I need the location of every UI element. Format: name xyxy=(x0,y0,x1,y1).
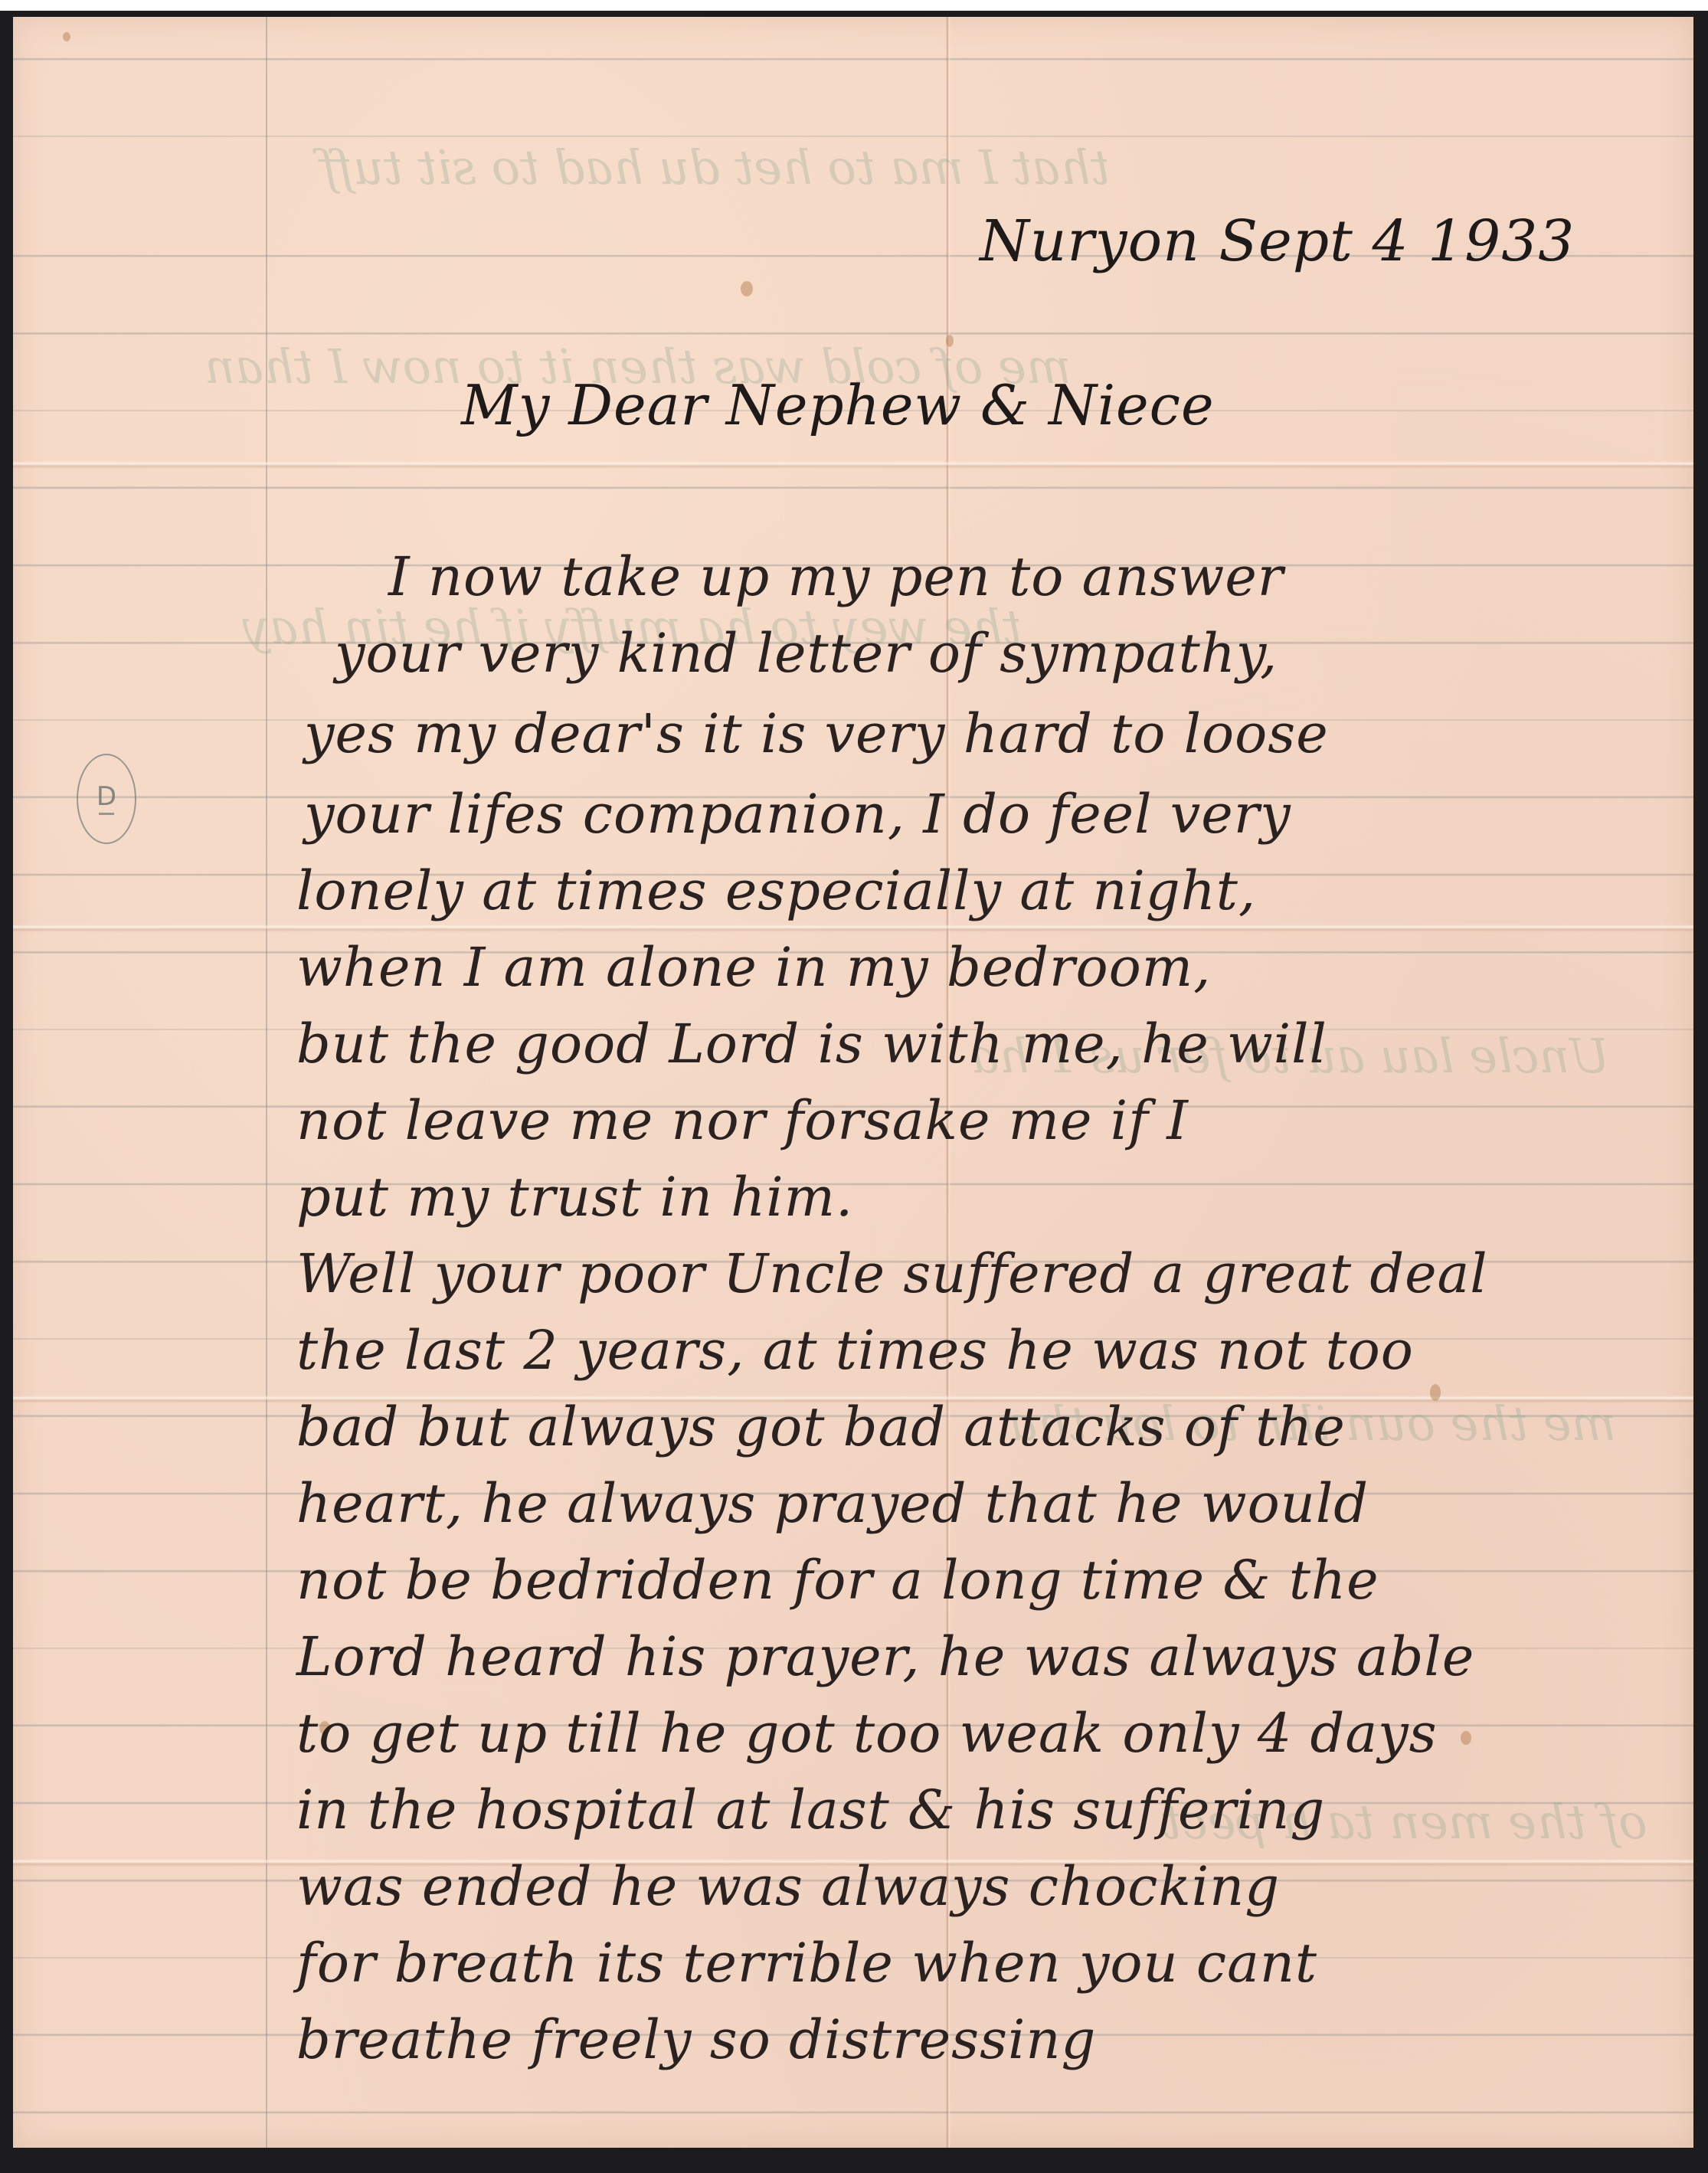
letter-line: yes my dear's it is very hard to loose xyxy=(304,702,1329,765)
letter-line: lonely at times especially at night, xyxy=(296,859,1256,922)
letter-line: your lifes companion, I do feel very xyxy=(304,783,1291,846)
letter-line: heart, he always prayed that he would xyxy=(296,1472,1369,1535)
margin-note-text: D xyxy=(97,784,116,810)
letter-line: Well your poor Uncle suffered a great de… xyxy=(296,1242,1488,1305)
letter-line: the last 2 years, at times he was not to… xyxy=(296,1319,1414,1382)
scan-top-edge xyxy=(0,0,1708,11)
horizontal-fold-crease xyxy=(13,925,1693,932)
letter-line: was ended he was always chocking xyxy=(296,1855,1280,1918)
letter-dateline: Nuryon Sept 4 1933 xyxy=(980,208,1575,274)
paper-stain xyxy=(741,281,753,296)
letter-salutation: My Dear Nephew & Niece xyxy=(461,373,1215,437)
letter-line: I now take up my pen to answer xyxy=(388,545,1284,608)
margin-rule xyxy=(266,17,267,2148)
letter-line: not leave me nor forsake me if I xyxy=(296,1089,1189,1152)
letter-line: breathe freely so distressing xyxy=(296,2008,1096,2071)
paper-stain xyxy=(63,32,70,41)
horizontal-fold-crease xyxy=(13,461,1693,469)
letter-line: when I am alone in my bedroom, xyxy=(296,936,1211,999)
letter-line: in the hospital at last & his suffering xyxy=(296,1779,1325,1841)
letter-line: to get up till he got too weak only 4 da… xyxy=(296,1702,1438,1765)
margin-note-underline xyxy=(99,813,114,815)
letter-line: bad but always got bad attacks of the xyxy=(296,1396,1346,1458)
letter-line: not be bedridden for a long time & the xyxy=(296,1549,1379,1612)
letter-line: put my trust in him. xyxy=(296,1166,853,1229)
letter-line: for breath its terrible when you cant xyxy=(296,1932,1317,1995)
paper-stain xyxy=(946,335,954,347)
letter-line: Lord heard his prayer, he was always abl… xyxy=(296,1625,1474,1688)
pencil-page-number-mark: D xyxy=(77,754,136,844)
paper-stain xyxy=(1461,1731,1471,1745)
letter-page: that I ma to het du had to sit tuff me o… xyxy=(13,17,1693,2148)
letter-line: but the good Lord is with me, he will xyxy=(296,1013,1327,1075)
letter-line: your very kind letter of sympathy, xyxy=(335,622,1278,685)
paper-stain xyxy=(1430,1384,1441,1401)
